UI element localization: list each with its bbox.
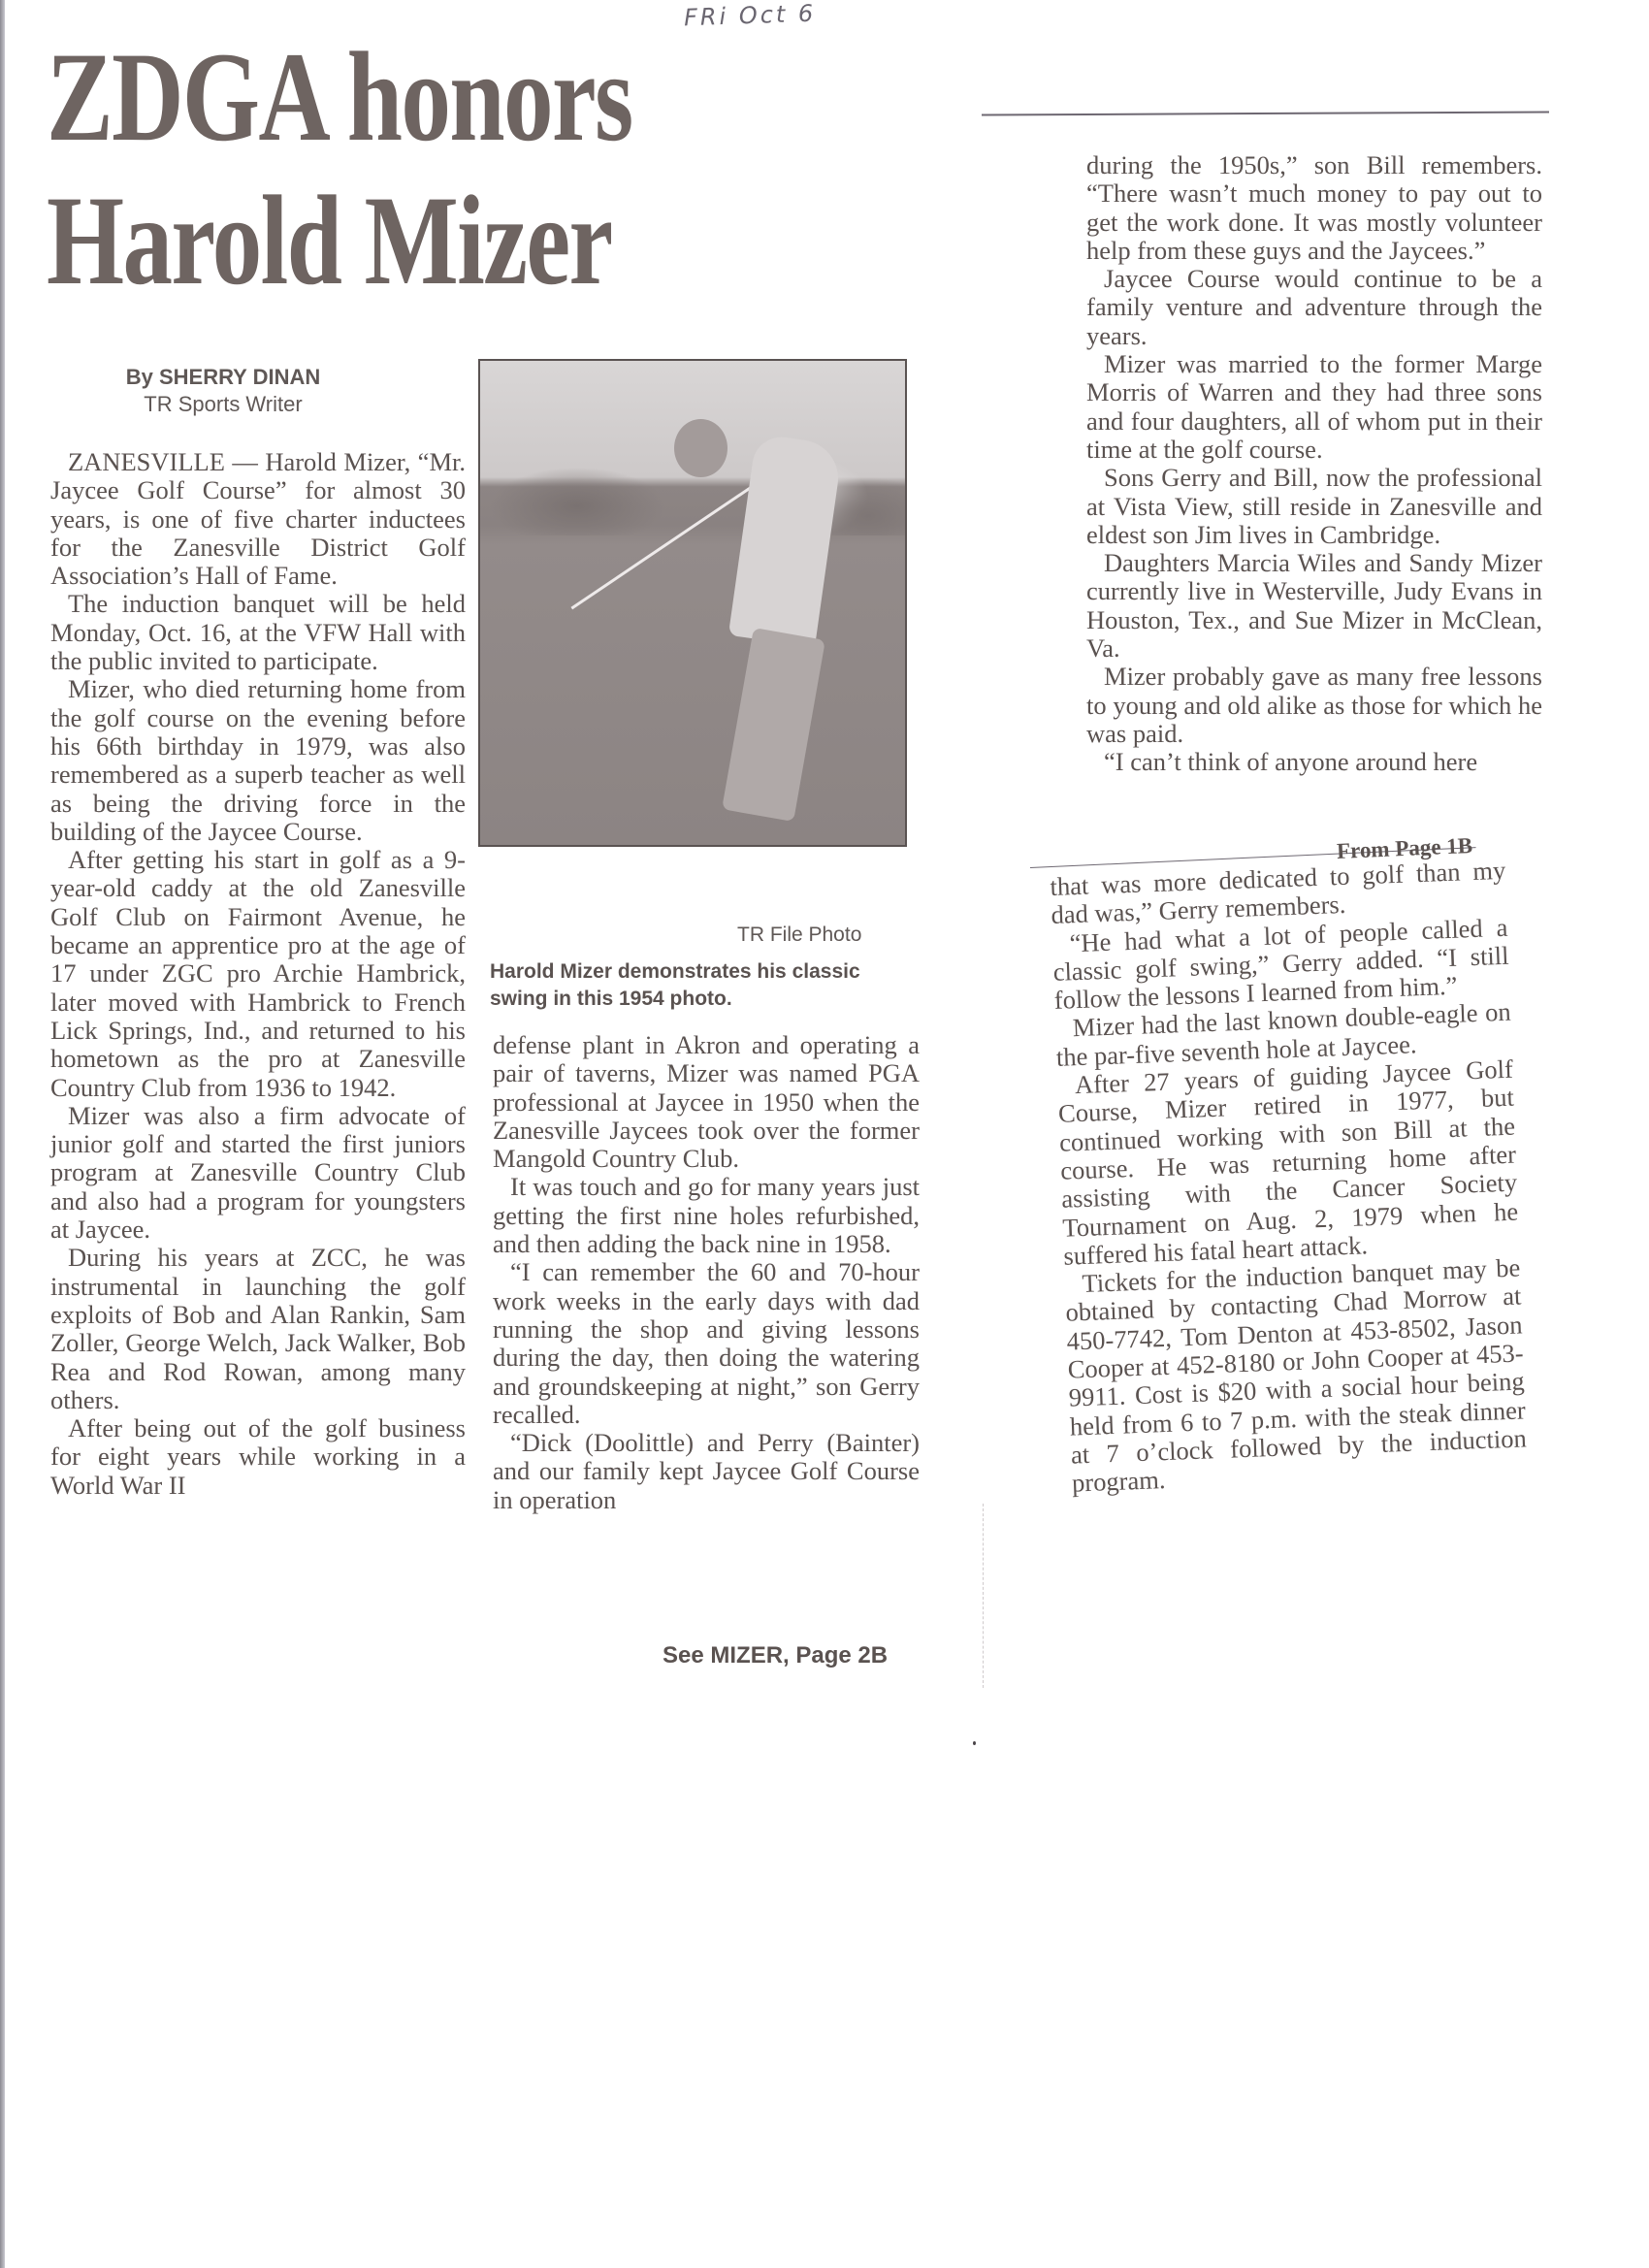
scan-speck xyxy=(973,1741,976,1745)
paragraph: After getting his start in golf as a 9-y… xyxy=(50,846,466,1102)
paragraph: “I can’t think of anyone around here xyxy=(1086,748,1542,776)
paragraph: Tickets for the induction banquet may be… xyxy=(1064,1254,1528,1498)
paragraph: Mizer probably gave as many free lessons… xyxy=(1086,663,1542,748)
paragraph: It was touch and go for many years just … xyxy=(493,1173,920,1258)
byline-author: By SHERRY DINAN xyxy=(68,365,378,390)
headline: ZDGA honors Harold Mizer xyxy=(47,25,727,312)
paragraph: Mizer was married to the former Marge Mo… xyxy=(1086,350,1542,464)
paragraph: “Dick (Doolittle) and Perry (Bainter) an… xyxy=(493,1429,920,1514)
scan-edge xyxy=(0,0,5,2268)
column-divider xyxy=(983,1504,984,1688)
golfer-photo xyxy=(478,359,907,847)
paragraph: Sons Gerry and Bill, now the professiona… xyxy=(1086,464,1542,549)
photo-golfer-legs xyxy=(722,628,825,822)
paragraph: After 27 years of guiding Jaycee Golf Co… xyxy=(1057,1055,1520,1271)
photo-caption: Harold Mizer demonstrates his classic sw… xyxy=(490,958,917,1013)
headline-line-2: Harold Mizer xyxy=(47,169,727,312)
article-column-3-bottom: that was more dedicated to golf than my … xyxy=(1050,857,1528,1498)
paragraph: After being out of the golf business for… xyxy=(50,1414,466,1500)
paragraph: The induction banquet will be held Monda… xyxy=(50,590,466,675)
byline: By SHERRY DINAN TR Sports Writer xyxy=(68,365,378,417)
paragraph: “I can remember the 60 and 70-hour work … xyxy=(493,1258,920,1429)
clipping-top-rule xyxy=(982,111,1549,115)
jump-line-continued: See MIZER, Page 2B xyxy=(663,1642,888,1669)
photo-golfer-head xyxy=(674,419,727,477)
photo-credit: TR File Photo xyxy=(737,923,861,947)
article-column-1: ZANESVILLE — Harold Mizer, “Mr. Jaycee G… xyxy=(50,448,466,1500)
article-column-3-top: during the 1950s,” son Bill remembers. “… xyxy=(1086,151,1542,777)
paragraph: during the 1950s,” son Bill remembers. “… xyxy=(1086,151,1542,265)
paragraph: Mizer was also a firm advocate of junior… xyxy=(50,1102,466,1244)
paragraph: During his years at ZCC, he was instrume… xyxy=(50,1244,466,1414)
paragraph: Mizer, who died returning home from the … xyxy=(50,675,466,846)
paragraph: Daughters Marcia Wiles and Sandy Mizer c… xyxy=(1086,549,1542,663)
article-column-2: defense plant in Akron and operating a p… xyxy=(493,1031,920,1514)
paragraph: Jaycee Course would continue to be a fam… xyxy=(1086,265,1542,350)
byline-title: TR Sports Writer xyxy=(68,392,378,417)
paragraph: ZANESVILLE — Harold Mizer, “Mr. Jaycee G… xyxy=(50,448,466,590)
headline-line-1: ZDGA honors xyxy=(47,25,727,169)
paragraph: defense plant in Akron and operating a p… xyxy=(493,1031,920,1173)
